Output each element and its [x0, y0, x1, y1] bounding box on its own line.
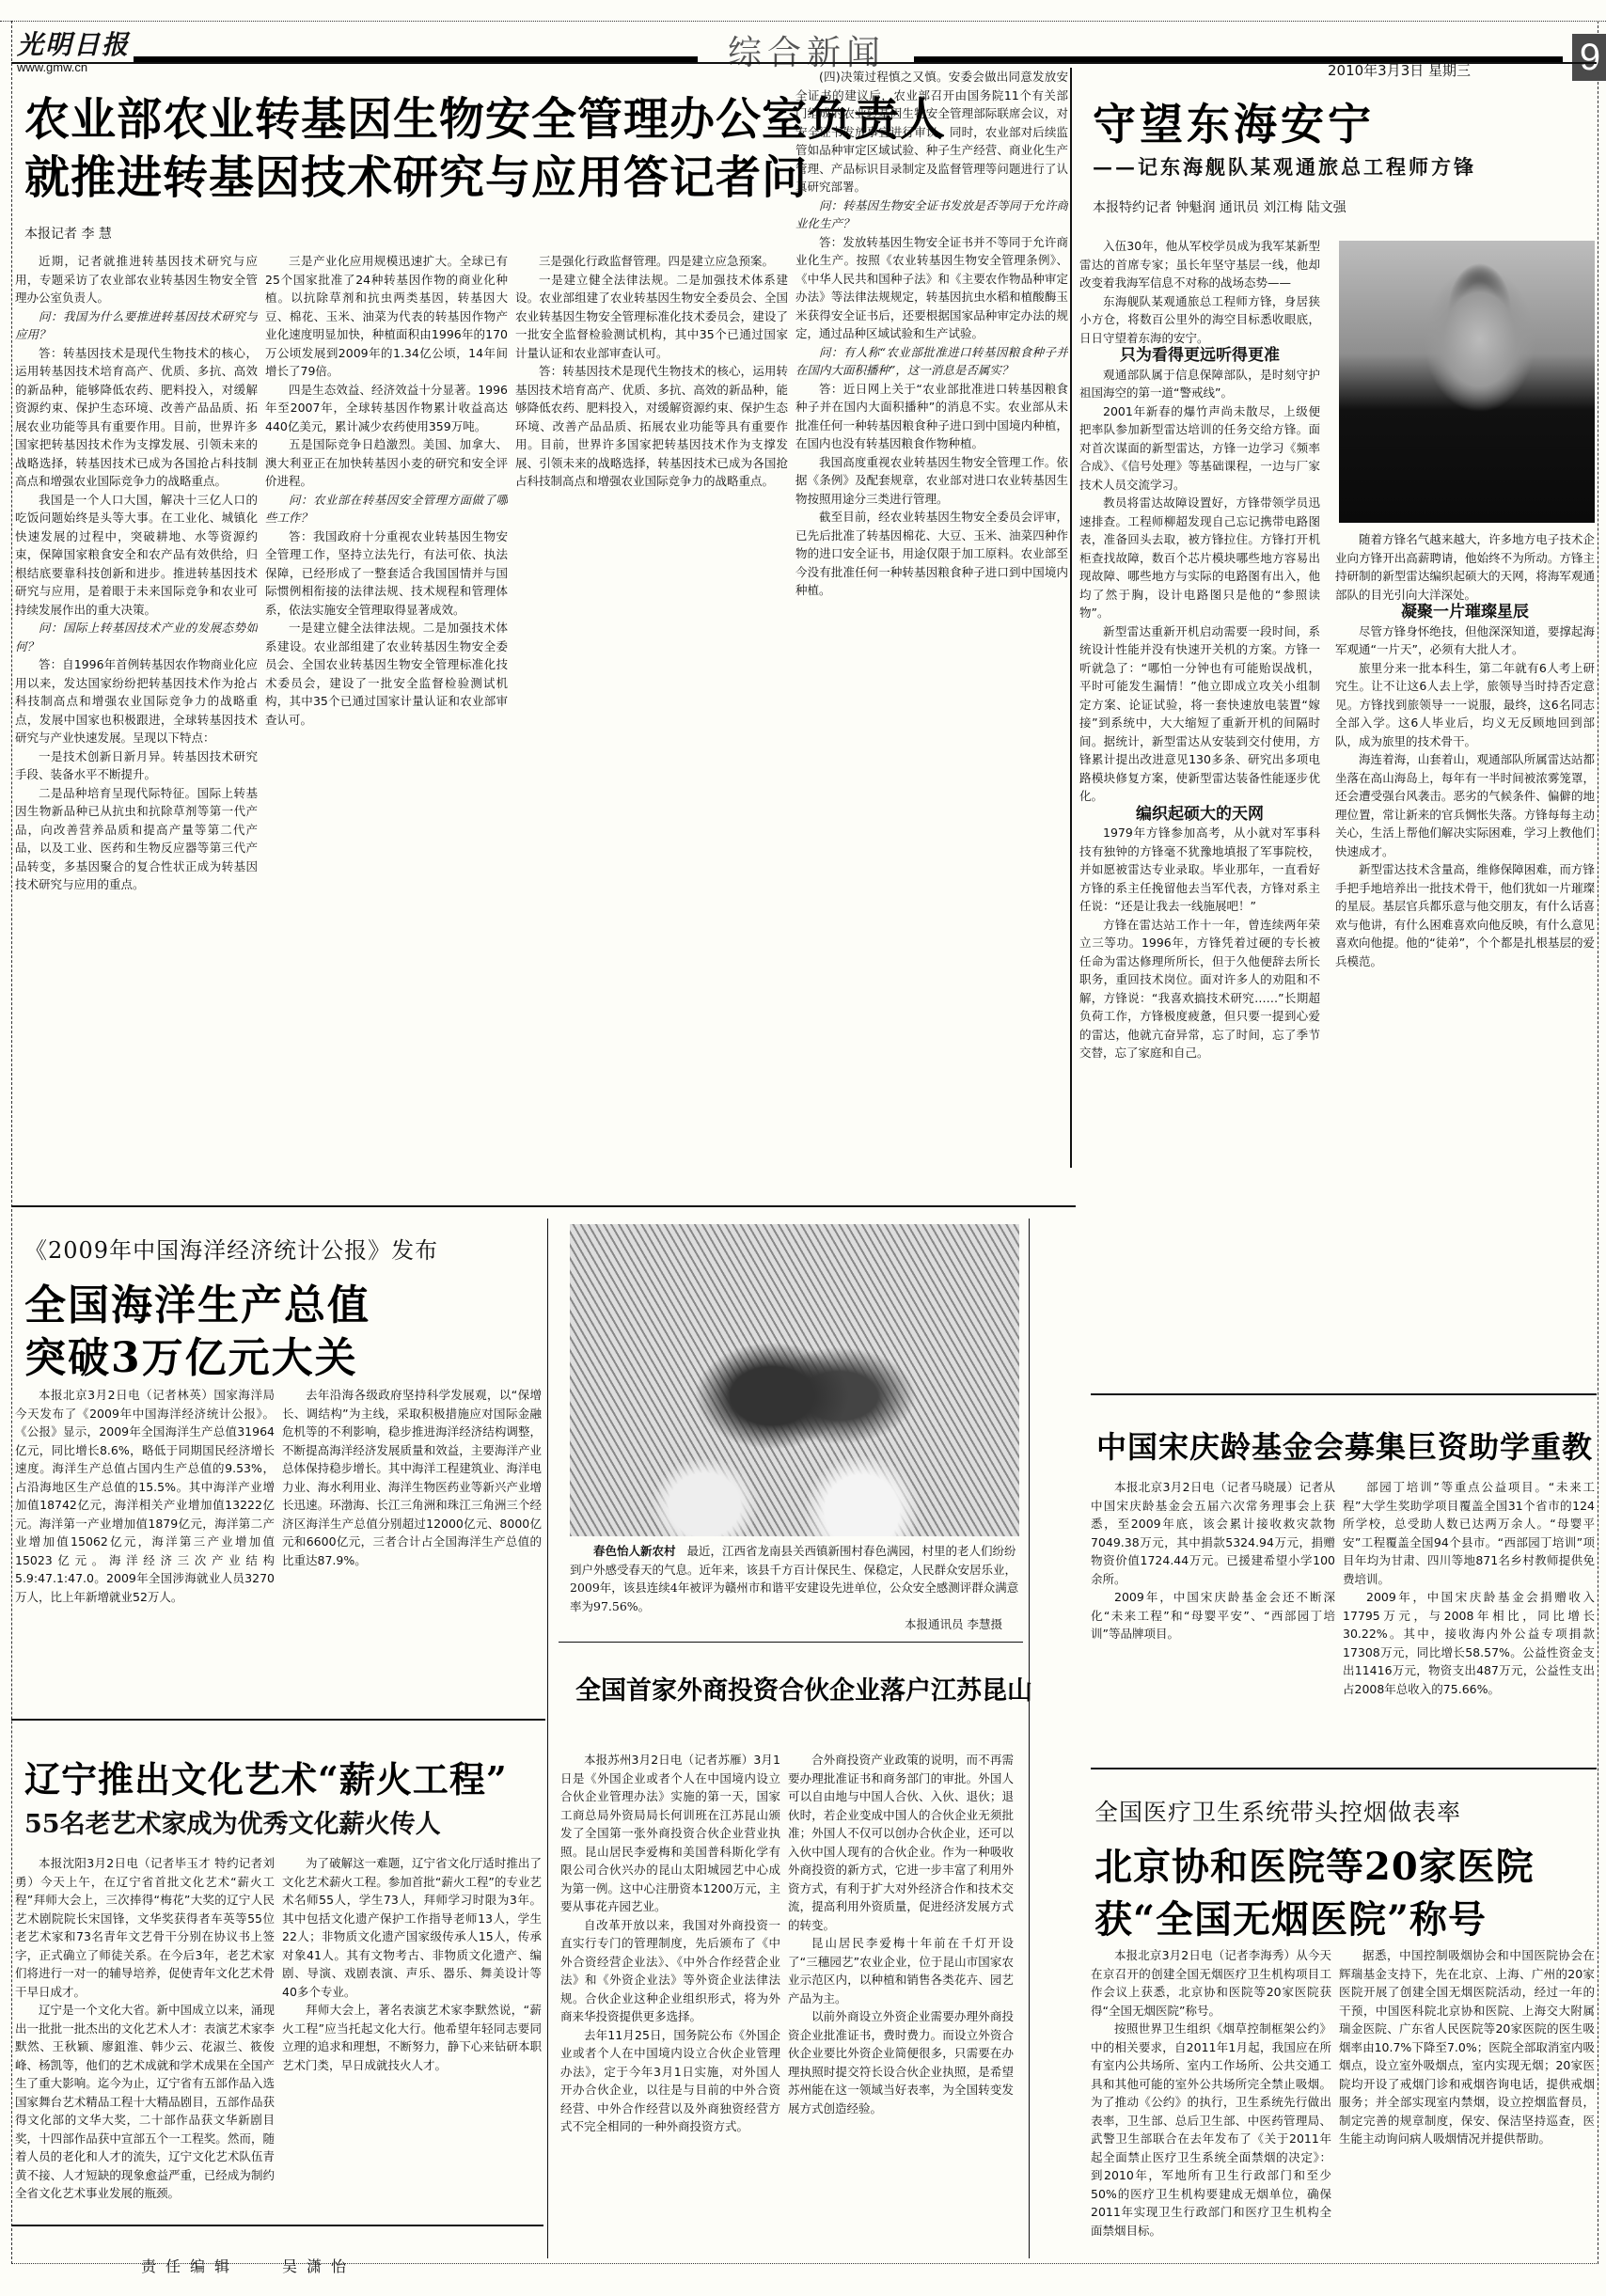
footer-divider	[11, 2225, 543, 2226]
paragraph: 截至目前，经农业转基因生物安全委员会评审，已先后批准了转基因棉花、大豆、玉米、油…	[795, 508, 1068, 600]
paragraph: 本报北京3月2日电（记者林英）国家海洋局今天发布了《2009年中国海洋经济统计公…	[15, 1386, 275, 1606]
paragraph: 答：我国政府十分重视农业转基因生物安全管理工作，坚持立法先行，有法可依、执法保障…	[265, 527, 508, 620]
byline: 本报记者 李 慧	[24, 224, 112, 243]
paragraph: 拜师大会上，著名表演艺术家李默然说，“薪火工程”应当托起文化大行。他希望年轻同志…	[282, 2001, 542, 2074]
headline-line2: 获“全国无烟医院”称号	[1094, 1890, 1487, 1943]
section-heading: 凝聚一片璀璨星辰	[1335, 604, 1595, 622]
article-column-1: 入伍30年，他从军校学员成为我军某新型雷达的首席专家；虽长年坚守基层一线，他却改…	[1079, 237, 1320, 1290]
article-column-2: 部园丁培训”等重点公益项目。“未来工程”大学生奖助学项目覆盖全国31个省市的12…	[1343, 1478, 1595, 1760]
column-divider	[1070, 68, 1072, 1168]
paragraph: 我国高度重视农业转基因生物安全管理工作。依据《条例》及配套规章，农业部对进口农业…	[795, 453, 1068, 509]
newspaper-page: 光明日报 www.gmw.cn 综合新闻 2010年3月3日 星期三 9 农业部…	[0, 0, 1606, 2296]
paragraph: 去年11月25日，国务院公布《外国企业或者个人在中国境内设立合伙企业管理办法》，…	[560, 2026, 780, 2136]
article-column-1: 本报北京3月2日电（记者李海秀）从今天在京召开的创建全国无烟医疗卫生机构项目工作…	[1091, 1946, 1331, 2260]
paragraph: 四是生态效益、经济效益十分显著。1996年至2007年，全球转基因作物累计收益高…	[265, 381, 508, 436]
paragraph: 五是国际竞争日趋激烈。美国、加拿大、澳大利亚正在加快转基因小麦的研究和安全评价进…	[265, 435, 508, 491]
column-divider	[1029, 1219, 1030, 2258]
headline-line2: 就推进转基因技术研究与应用答记者问	[24, 141, 808, 206]
article-column-2: 据悉，中国控制吸烟协会和中国医院协会在辉瑞基金支持下，先在北京、上海、广州的20…	[1339, 1946, 1595, 2260]
question: 问：国际上转基因技术产业的发展态势如何？	[15, 619, 258, 655]
section-divider	[559, 1642, 1023, 1643]
paragraph: 本报沈阳3月2日电（记者毕玉才 特约记者刘勇）今天上午，在辽宁省首批文化艺术“薪…	[15, 1854, 275, 2001]
section-heading: 编织起硕大的天网	[1079, 806, 1320, 825]
headline: 全国首家外商投资合伙企业落户江苏昆山	[575, 1670, 1032, 1706]
column-divider	[547, 1219, 548, 2258]
paragraph: 辽宁是一个文化大省。新中国成立以来，涌现出一批批一批杰出的文化艺术人才：表演艺术…	[15, 2001, 275, 2203]
masthead-divider	[11, 62, 1597, 64]
article-column-1: 本报北京3月2日电（记者马晓晟）记者从中国宋庆龄基金会五届六次常务理事会上获悉，…	[1091, 1478, 1335, 1760]
question: 问：有人称“农业部批准进口转基因粮食种子并在国内大面积播种”，这一消息是否属实？	[795, 343, 1068, 380]
subheadline: ——记东海舰队某观通旅总工程师方锋	[1093, 152, 1476, 181]
paragraph: 为了破解这一难题，辽宁省文化厅适时推出了文化艺术薪火工程。参加首批“薪火工程”的…	[282, 1854, 542, 2001]
paragraph: 三是产业化应用规模迅速扩大。全球已有25个国家批准了24种转基因作物的商业化种植…	[265, 252, 508, 381]
article-column-2: 随着方锋名气越来越大，许多地方电子技术企业向方锋开出高薪聘请，他始终不为所动。方…	[1335, 530, 1595, 1290]
paragraph: 昆山居民李爱梅十年前在千灯开设了“三穗园艺”农业企业，位于昆山市国家农业示范区内…	[788, 1934, 1014, 2007]
headline: 中国宋庆龄基金会募集巨资助学重教	[1096, 1423, 1593, 1467]
paragraph: 本报北京3月2日电（记者李海秀）从今天在京召开的创建全国无烟医疗卫生机构项目工作…	[1091, 1946, 1331, 2020]
paragraph: 1979年方锋参加高考，从小就对军事科技有独钟的方锋毫不犹豫地填报了军事院校，并…	[1079, 824, 1320, 916]
paragraph: 自改革开放以来，我国对外商投资一直实行专门的管理制度，先后颁布了《中外合资经营企…	[560, 1916, 780, 2026]
article-column-2: 为了破解这一难题，辽宁省文化厅适时推出了文化艺术薪火工程。参加首批“薪火工程”的…	[282, 1854, 542, 2230]
section-divider	[1091, 1393, 1597, 1395]
paragraph: 东海舰队某观通旅总工程师方锋，身居狭小方仓，将数百公里外的海空目标悉收眼底，日日…	[1079, 292, 1320, 348]
article-column-2: 合外商投资产业政策的说明，而不再需要办理批准证书和商务部门的审批。外国人可以自由…	[788, 1751, 1014, 2258]
article-column-1: 近期，记者就推进转基因技术研究与应用，专题采访了农业部农业转基因生物安全管理办公…	[15, 252, 258, 1169]
article-column-2: 去年沿海各级政府坚持科学发展观，以“保增长、调结构”为主线，采取积极措施应对国际…	[282, 1386, 542, 1696]
paragraph: 本报北京3月2日电（记者马晓晟）记者从中国宋庆龄基金会五届六次常务理事会上获悉，…	[1091, 1478, 1335, 1588]
paragraph: 答：近日网上关于“农业部批准进口转基因粮食种子并在国内大面积播种”的消息不实。农…	[795, 380, 1068, 453]
article-column-4: (四)决策过程慎之又慎。安委会做出同意发放安全证书的建议后，农业部召开由国务院1…	[795, 68, 1068, 1168]
editor-name: 吴潇怡	[282, 2255, 355, 2276]
paragraph: 2001年新春的爆竹声尚未散尽，上级便把率队参加新型雷达培训的任务交给方锋。面对…	[1079, 402, 1320, 495]
paragraph: 本报苏州3月2日电（记者苏雁）3月1日是《外国企业或者个人在中国境内设立合伙企业…	[560, 1751, 780, 1916]
paragraph: 答：转基因技术是现代生物技术的核心，运用转基因技术培育高产、优质、多抗、高效的新…	[15, 344, 258, 491]
headline: 全国海洋生产总值	[24, 1271, 370, 1331]
kicker: 《2009年中国海洋经济统计公报》发布	[24, 1232, 438, 1265]
section-divider	[11, 1719, 545, 1721]
masthead: 光明日报 www.gmw.cn 综合新闻 2010年3月3日 星期三 9	[11, 21, 1597, 62]
paragraph: 答：发放转基因生物安全证书并不等同于允许商业化生产。按照《农业转基因生物安全管理…	[795, 233, 1068, 343]
newspaper-logo: 光明日报	[17, 24, 130, 62]
article-column-3: 三是强化行政监督管理。四是建立应急预案。 一是建立健全法律法规。二是加强技术体系…	[515, 252, 788, 1169]
paragraph: 三是强化行政监督管理。四是建立应急预案。	[515, 252, 788, 271]
headline: 守望东海安宁	[1093, 90, 1375, 152]
editor-label: 责任编辑	[141, 2255, 239, 2276]
paragraph: 一是技术创新日新月异。转基因技术研究手段、装备水平不断提升。	[15, 747, 258, 784]
paragraph: 答：自1996年首例转基因农作物商业化应用以来，发达国家纷纷把转基因技术作为抢占…	[15, 655, 258, 747]
paragraph: 答：转基因技术是现代生物技术的核心，运用转基因技术培育高产、优质、多抗、高效的新…	[515, 362, 788, 491]
paragraph: 一是建立健全法律法规。二是加强技术体系建设。农业部组建了农业转基因生物安全委员会…	[265, 619, 508, 729]
article-column-2: 三是产业化应用规模迅速扩大。全球已有25个国家批准了24种转基因作物的商业化种植…	[265, 252, 508, 1169]
subheadline: 55名老艺术家成为优秀文化薪火传人	[24, 1803, 441, 1840]
article-column-1: 本报北京3月2日电（记者林英）国家海洋局今天发布了《2009年中国海洋经济统计公…	[15, 1386, 275, 1696]
paragraph: 教员将雷达故障设置好，方锋带领学员迅速排查。工程师柳超发现自己忘记携带电路图表，…	[1079, 494, 1320, 622]
section-divider	[11, 1205, 1076, 1207]
paragraph: 入伍30年，他从军校学员成为我军某新型雷达的首席专家；虽长年坚守基层一线，他却改…	[1079, 237, 1320, 292]
paragraph: 二是品种培育呈现代际特征。国际上转基因生物新品种已从抗虫和抗除草剂等第一代产品，…	[15, 784, 258, 894]
paragraph: 2009年，中国宋庆龄基金会捐赠收入17795万元，与2008年相比，同比增长3…	[1343, 1588, 1595, 1698]
paragraph: (四)决策过程慎之又慎。安委会做出同意发放安全证书的建议后，农业部召开由国务院1…	[795, 68, 1068, 197]
paragraph: 合外商投资产业政策的说明，而不再需要办理批准证书和商务部门的审批。外国人可以自由…	[788, 1751, 1014, 1934]
paragraph: 据悉，中国控制吸烟协会和中国医院协会在辉瑞基金支持下，先在北京、上海、广州的20…	[1339, 1946, 1595, 2148]
question: 问：转基因生物安全证书发放是否等同于允许商业化生产？	[795, 197, 1068, 233]
village-photo	[570, 1224, 1019, 1536]
kicker: 全国医疗卫生系统带头控烟做表率	[1094, 1794, 1461, 1828]
paragraph: 以前外商设立外资企业需要办理外商投资企业批准证书，费时费力。而设立外资合伙企业要…	[788, 2007, 1014, 2117]
photo-caption: 春色怡人新农村 最近，江西省龙南县关西镇新围村春色满园，村里的老人们纷纷到户外感…	[570, 1542, 1021, 1634]
paragraph: 新型雷达重新开机启动需要一段时间，系统设计性能并没有快速开关机的方案。方锋一听就…	[1079, 622, 1320, 806]
paragraph: 按照世界卫生组织《烟草控制框架公约》中的相关要求，自2011年1月起，我国应在所…	[1091, 2020, 1331, 2240]
question: 问：农业部在转基因安全管理方面做了哪些工作？	[265, 491, 508, 527]
paragraph: 尽管方锋身怀绝技，但他深深知道，要撑起海军观通“一片天”，必须有大批人才。	[1335, 622, 1595, 659]
paragraph: 新型雷达技术含量高，维修保障困难，而方锋手把手地培养出一批技术骨干，他们犹如一片…	[1335, 860, 1595, 970]
section-heading: 只为看得更远听得更准	[1079, 347, 1320, 366]
paragraph: 部园丁培训”等重点公益项目。“未来工程”大学生奖助学项目覆盖全国31个省市的12…	[1343, 1478, 1595, 1588]
article-column-1: 本报沈阳3月2日电（记者毕玉才 特约记者刘勇）今天上午，在辽宁省首批文化艺术“薪…	[15, 1854, 275, 2230]
headline-line2: 突破3万亿元大关	[24, 1324, 358, 1384]
caption-title: 春色怡人新农村	[570, 1544, 676, 1558]
question: 问：我国为什么要推进转基因技术研究与应用？	[15, 307, 258, 344]
paragraph: 近期，记者就推进转基因技术研究与应用，专题采访了农业部农业转基因生物安全管理办公…	[15, 252, 258, 307]
paragraph: 海连着海，山套着山，观通部队所属雷达站都坐落在高山海岛上，每年有一半时间被浓雾笼…	[1335, 750, 1595, 860]
paragraph: 我国是一个人口大国，解决十三亿人口的吃饭问题始终是头等大事。在工业化、城镇化快速…	[15, 491, 258, 620]
headline: 辽宁推出文化艺术“薪火工程”	[24, 1751, 508, 1802]
paragraph: 方锋在雷达站工作十一年，曾连续两年荣立三等功。1996年，方锋凭着过硬的专长被任…	[1079, 916, 1320, 1062]
paragraph: 去年沿海各级政府坚持科学发展观，以“保增长、调结构”为主线，采取积极措施应对国际…	[282, 1386, 542, 1569]
photo-credit: 本报通讯员 李慧摄	[570, 1615, 1021, 1634]
paragraph: 2009年，中国宋庆龄基金会还不断深化“未来工程”和“母婴平安”、“西部园丁培训…	[1091, 1588, 1335, 1643]
paragraph: 一是建立健全法律法规。二是加强技术体系建设。农业部组建了农业转基因生物安全委员会…	[515, 271, 788, 363]
article-column-1: 本报苏州3月2日电（记者苏雁）3月1日是《外国企业或者个人在中国境内设立合伙企业…	[560, 1751, 780, 2258]
paragraph: 旅里分来一批本科生，第二年就有6人考上研究生。让不让这6人去上学，旅领导当时持否…	[1335, 659, 1595, 751]
portrait-photo	[1339, 241, 1595, 523]
paragraph: 观通部队属于信息保障部队，是时刻守护祖国海空的第一道“警戒线”。	[1079, 366, 1320, 402]
headline: 北京协和医院等20家医院	[1094, 1837, 1535, 1891]
paragraph: 随着方锋名气越来越大，许多地方电子技术企业向方锋开出高薪聘请，他始终不为所动。方…	[1335, 530, 1595, 604]
section-divider	[1091, 1768, 1597, 1769]
byline: 本报特约记者 钟魁润 通讯员 刘江梅 陆文强	[1093, 197, 1346, 216]
page-number: 9	[1572, 34, 1606, 81]
